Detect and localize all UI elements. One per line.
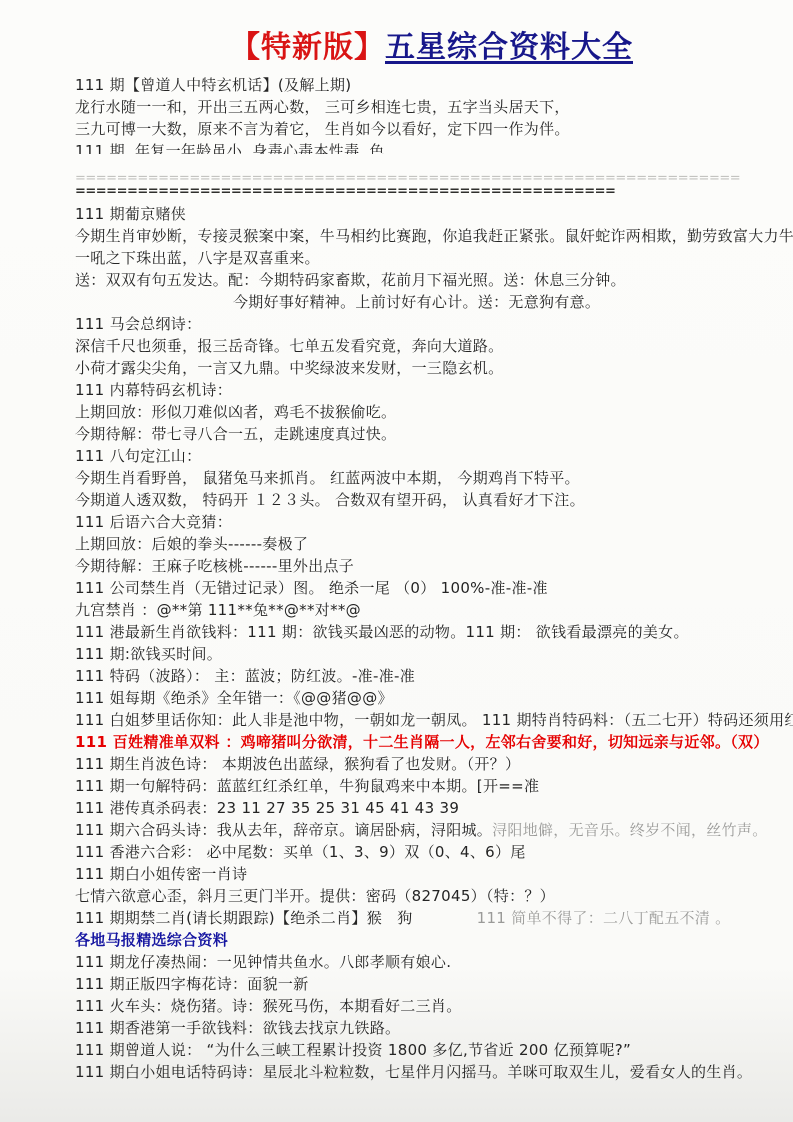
line-bajuding-verse-1: 今期生肖看野兽， 鼠猪兔马来抓肖。 红蓝两波中本期， 今期鸡肖下特平。 bbox=[75, 467, 787, 489]
line-pujing-song-2: 今期好事好精神。上前讨好有心计。送：无意狗有意。 bbox=[75, 291, 787, 313]
line-houyu-last-issue: 上期回放：后娘的拳头------奏极了 bbox=[75, 533, 787, 555]
line-meihua-poem: 111 期正版四字梅花诗：面貌一新 bbox=[75, 973, 787, 995]
ban-two-zodiac-note-gray: 111 简单不得了：二八丁配五不清 。 bbox=[477, 909, 731, 927]
line-huochetou: 111 火车头：烧伤猪。诗：猴死马伤，本期看好二三肖。 bbox=[75, 995, 787, 1017]
heading-gedi-mabao-blue: 各地马报精选综合资料 bbox=[75, 929, 787, 951]
line-ban-two-zodiac: 111 期期禁二肖(请长期跟踪)【绝杀二肖】猴 狗111 简单不得了：二八丁配五… bbox=[75, 907, 787, 929]
line-bajuding-heading: 111 八句定江山： bbox=[75, 445, 787, 467]
matou-poem-text: 111 期六合码头诗：我从去年，辞帝京。谪居卧病，浔阳城。 bbox=[75, 821, 492, 839]
line-tema-wave-road: 111 特码（波路）： 主：蓝波；防红波。-准-准-准 bbox=[75, 665, 787, 687]
line-baijie-dream: 111 白姐梦里话你知：此人非是池中物，一朝如龙一朝凤。 111 期特肖特码料：… bbox=[75, 709, 787, 731]
divider-full: ========================================… bbox=[75, 181, 787, 203]
ban-two-zodiac-text: 111 期期禁二肖(请长期跟踪)【绝杀二肖】猴 狗 bbox=[75, 909, 413, 927]
line-neimu-heading: 111 内幕特码玄机诗： bbox=[75, 379, 787, 401]
line-longzai: 111 期龙仔凑热闹：一见钟情共鱼水。八郎孝顺有娘心. bbox=[75, 951, 787, 973]
line-bajuding-verse-2: 今期道人透双数， 特码开 １２３头。 合数双有望开码， 认真看好才下注。 bbox=[75, 489, 787, 511]
line-chuanmi-heading: 111 期白小姐传密一肖诗 bbox=[75, 863, 787, 885]
page-title: 【特新版】五星综合资料大全 bbox=[70, 22, 793, 66]
line-neimu-current-issue: 今期待解：带七寻八合一五，走跳速度真过快。 bbox=[75, 423, 787, 445]
line-baixiaojie-phone: 111 期白小姐电话特码诗：星辰北斗粒粒数，七星伴月闪摇马。羊咪可取双生儿，爱看… bbox=[75, 1061, 787, 1083]
line-kill-number-table: 111 港传真杀码表：23 11 27 35 25 31 45 41 43 39 bbox=[75, 797, 787, 819]
baijie-dream-text: 111 白姐梦里话你知：此人非是池中物，一朝如龙一朝凤。 111 期特肖特码料：… bbox=[75, 711, 793, 729]
line-yuqian-tips-1: 111 港最新生肖欲钱料：111 期：欲钱买最凶恶的动物。111 期： 欲钱看最… bbox=[75, 621, 787, 643]
title-main: 五星综合资料大全 bbox=[385, 30, 633, 65]
line-mahui-verse-1: 深信千尺也须垂，报三岳奇锋。七单五发看究竟，奔向大道路。 bbox=[75, 335, 787, 357]
line-wave-color-poem: 111 期生肖波色诗： 本期波色出蓝绿，猴狗看了也发财。（开？） bbox=[75, 753, 787, 775]
line-pujing-song-1: 送：双双有句五发达。配：今期特码家畜欺，花前月下福光照。送：休息三分钟。 bbox=[75, 269, 787, 291]
line-chuanmi-verse: 七情六欲意心歪，斜月三更门半开。提供：密码（827045）（特：？） bbox=[75, 885, 787, 907]
blank-spacer bbox=[75, 154, 787, 172]
line-zengdaoren-verse-2: 三九可博一大数，原来不言为着它， 生肖如今以看好，定下四一作为伴。 bbox=[75, 118, 787, 140]
line-clipped-verse: 111 期. 年复一年龄虽小. 身毒心毒本性毒. 色 bbox=[75, 140, 787, 154]
document-page: 【特新版】五星综合资料大全 111 期【曾道人中特玄机话】(及解上期) 龙行水随… bbox=[0, 0, 793, 1122]
divider-faint: ========================================… bbox=[75, 172, 787, 181]
line-zengdaoren-says: 111 期曾道人说： “为什么三峡工程累计投资 1800 多亿,节省近 200 … bbox=[75, 1039, 787, 1061]
line-zengdaoren-heading: 111 期【曾道人中特玄机话】(及解上期) bbox=[75, 74, 787, 96]
line-company-ban-zodiac: 111 公司禁生肖（无错过记录）图。 绝杀一尾 （0） 100%-准-准-准 bbox=[75, 577, 787, 599]
document-body: 111 期【曾道人中特玄机话】(及解上期) 龙行水随一一和，开出三五两心数， 三… bbox=[0, 74, 793, 1083]
line-mahui-verse-2: 小荷才露尖尖角，一言又九鼎。中奖绿波来发财，一三隐玄机。 bbox=[75, 357, 787, 379]
line-mahui-heading: 111 马会总纲诗： bbox=[75, 313, 787, 335]
line-hk-first-hand: 111 期香港第一手欲钱料：欲钱去找京九铁路。 bbox=[75, 1017, 787, 1039]
line-houyu-current-issue: 今期待解：王麻子吃核桃------里外出点子 bbox=[75, 555, 787, 577]
line-pujing-verse-2: 一吼之下珠出蓝，八字是双喜重来。 bbox=[75, 247, 787, 269]
line-must-hit-tails: 111 香港六合彩： 必中尾数：买单（1、3、9）双（0、4、6）尾 bbox=[75, 841, 787, 863]
line-juesha-yearly: 111 姐每期《绝杀》全年错一：《@@猪@@》 bbox=[75, 687, 787, 709]
line-one-sentence-tema: 111 期一句解特码：蓝蓝红红杀红单，牛狗鼠鸡来中本期。[开==准 bbox=[75, 775, 787, 797]
line-zengdaoren-verse-1: 龙行水随一一和，开出三五两心数， 三可乡相连七贵，五字当头居天下， bbox=[75, 96, 787, 118]
line-houyu-heading: 111 后语六合大竞猜： bbox=[75, 511, 787, 533]
line-matou-poem: 111 期六合码头诗：我从去年，辞帝京。谪居卧病，浔阳城。浔阳地僻，无音乐。终岁… bbox=[75, 819, 787, 841]
title-edition-tag: 【特新版】 bbox=[230, 30, 385, 65]
line-yuqian-tips-2: 111 期:欲钱买时间。 bbox=[75, 643, 787, 665]
line-pujing-heading: 111 期葡京赌侠 bbox=[75, 203, 787, 225]
line-pujing-verse-1: 今期生肖审妙断，专接灵猴案中案，牛马相约比赛跑，你追我赶正紧张。鼠奸蛇诈两相欺，… bbox=[75, 225, 787, 247]
line-neimu-last-issue: 上期回放：形似刀难似凶者，鸡毛不拔猴偷吃。 bbox=[75, 401, 787, 423]
line-baixing-danshuang-red: 111 百姓精准单双料 ：鸡啼猪叫分欲清，十二生肖隔一人，左邻右舍要和好，切知远… bbox=[75, 731, 787, 753]
line-jiugong-ban-zodiac: 九宫禁肖 ：@**第 111**兔**@**对**@ bbox=[75, 599, 787, 621]
matou-poem-tail-gray: 浔阳地僻，无音乐。终岁不闻，丝竹声。 bbox=[492, 821, 767, 839]
